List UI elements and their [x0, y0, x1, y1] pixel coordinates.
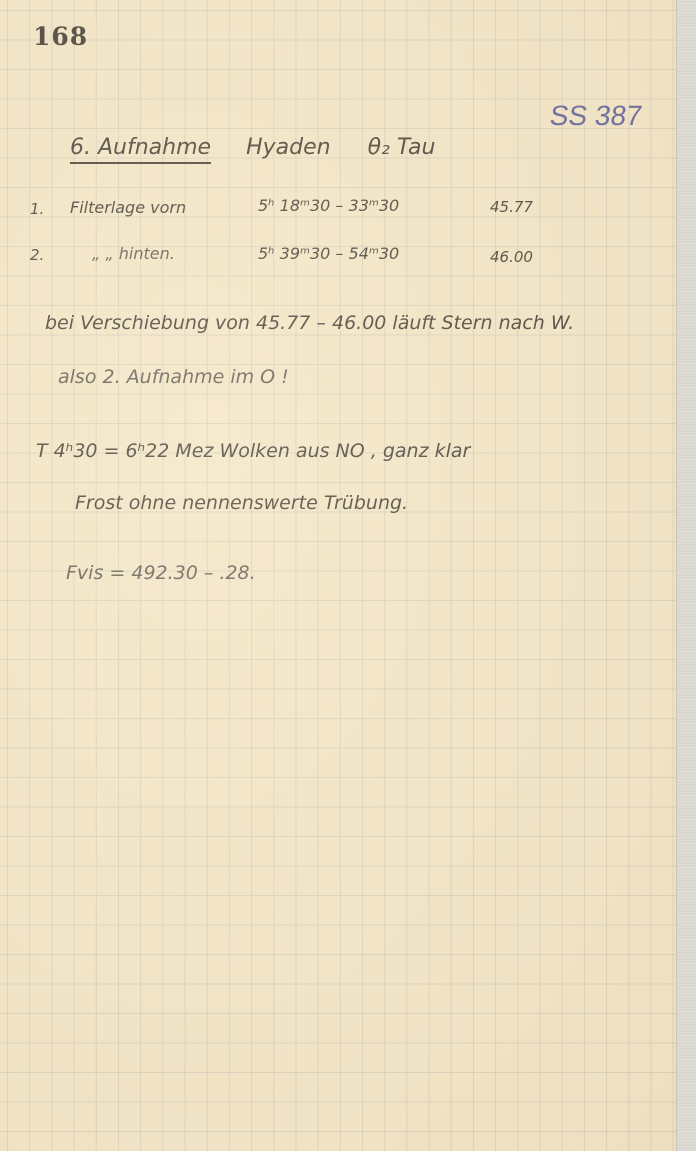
row-time: 5ʰ 18ᵐ30 – 33ᵐ30 [258, 196, 399, 215]
notebook-page: 168 SS 387 6. Aufnahme Hyaden θ₂ Tau 1. … [0, 0, 676, 1151]
entry-heading: 6. Aufnahme Hyaden θ₂ Tau [70, 135, 435, 160]
heading-label: 6. Aufnahme [70, 135, 211, 164]
note-line: Fvis = 492.30 – .28. [66, 562, 256, 584]
note-line: also 2. Aufnahme im O ! [58, 366, 289, 388]
note-line: Frost ohne nennenswerte Trübung. [75, 492, 408, 514]
row-value: 45.77 [490, 198, 533, 216]
row-description: Filterlage vorn [70, 198, 186, 217]
row-number: 1. [30, 200, 44, 218]
heading-object: Hyaden [246, 135, 331, 160]
row-value: 46.00 [490, 248, 533, 266]
note-line: bei Verschiebung von 45.77 – 46.00 läuft… [45, 312, 574, 334]
notebook-binding [676, 0, 696, 1151]
note-line: T 4ʰ30 = 6ʰ22 Mez Wolken aus NO , ganz k… [36, 440, 470, 462]
heading-star: θ₂ Tau [368, 135, 436, 160]
row-time: 5ʰ 39ᵐ30 – 54ᵐ30 [258, 244, 399, 263]
folio-number: 168 [33, 22, 88, 51]
archive-number: SS 387 [548, 100, 644, 132]
row-number: 2. [30, 246, 44, 264]
row-description: „ „ hinten. [92, 244, 175, 263]
